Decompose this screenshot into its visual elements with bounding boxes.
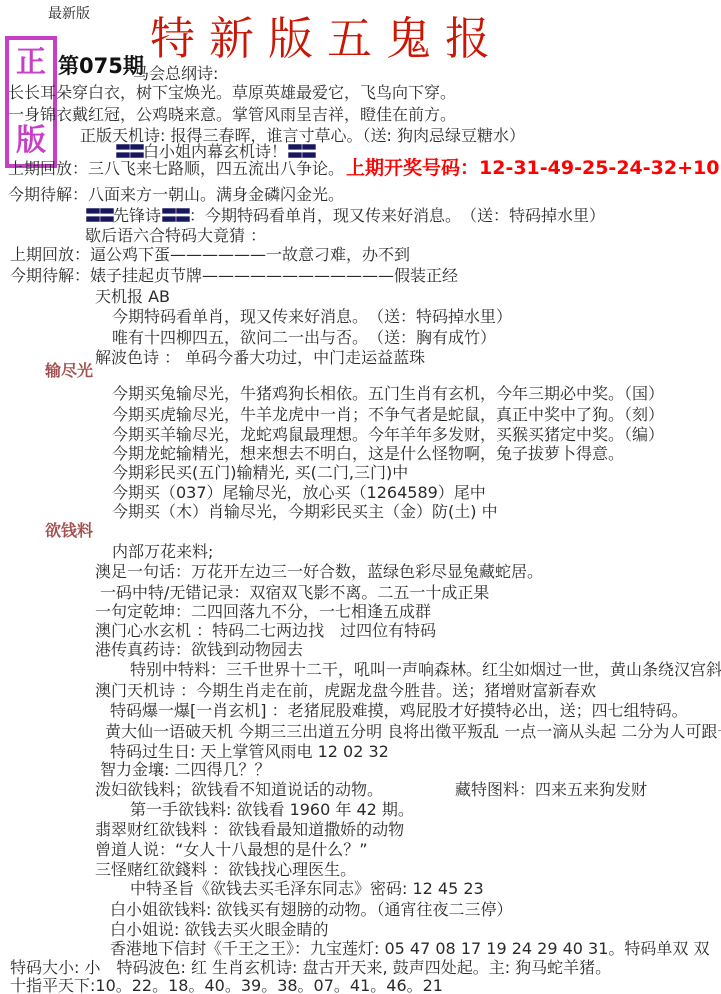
yuqianliao-line: 白小姐说: 欲钱去买火眼金睛的 (110, 920, 328, 940)
section-header-shujinguang: 输尽光 (45, 361, 93, 381)
section-header-yuqianliao: 欲钱料 (45, 521, 93, 541)
pioneer-label: 先锋诗 (113, 206, 161, 225)
winning-numbers: 上期开奖号码：12-31-49-25-24-32+10 (346, 157, 719, 179)
yuqianliao-line: 三怪赌红欲錢料 ：欲钱找心理医生。 (95, 860, 356, 880)
yuqianliao-line: 智力金壤: 二四得几？？ (100, 760, 270, 780)
yuqianliao-line: 曾道人说：“女人十八最想的是什么？” (95, 840, 368, 860)
banner-bar-icon: 〓〓 (161, 206, 189, 225)
riddle-line: 今期特码看单肖，现又传来好消息。 （送：特码掉水里） (112, 307, 512, 327)
yuqianliao-line: 港传真药诗：欲钱到动物园去 (95, 640, 303, 660)
wave-color-poem: 解波色诗 ： 单码今番大功过，中门走运益蓝珠 (95, 348, 425, 368)
last-draw-recap: 上期回放：三八飞来七路顺，四五流出八争论。 (8, 159, 344, 178)
hidden-chart-tip: 藏特图料：四来五来狗发财 (455, 780, 647, 800)
yuqianliao-line: 澳门天机诗 ：今期生肖走在前，虎踞龙盘今胜昔。送；猪增财富新春欢 (95, 681, 596, 701)
yuqianliao-line: 澳门心水玄机 ：特码二七两边找 过四位有特码 (95, 621, 436, 641)
stamp-char-top: 正 (16, 48, 46, 78)
shujinguang-line: 今期龙蛇输精光，想来想去不明白，这是什么怪物啊，兔子拔萝卜得意。 (112, 444, 624, 464)
pioneer-poem-row: 〓〓先锋诗〓〓：今期特码看单肖，现又传来好消息。 （送：特码掉水里） (85, 206, 605, 226)
yuqianliao-line: 特码过生日: 天上掌管风雨电 12 02 32 (110, 742, 389, 762)
riddle-line: 今期待解：婊子挂起贞节牌————————————假装正经 (10, 266, 458, 286)
yuqianliao-line: 特别中特料：三千世界十二干，吼叫一声响森林。红尘如烟过一世，黄山条绕汉宫斜。 (130, 660, 721, 680)
last-draw-row: 上期回放：三八飞来七路顺，四五流出八争论。上期开奖号码：12-31-49-25-… (8, 158, 719, 179)
shujinguang-line: 今期买（木）肖输尽光，今期彩民买主（金）防(土) 中 (112, 502, 498, 522)
poem-line: 今期待解：八面来方一朝山。满身金磷闪金光。 (8, 185, 344, 205)
yuqianliao-line: 内部万花来料; (112, 542, 213, 562)
riddle-line: 唯有十四柳四五，欲问二一出与否。 （送：胸有成竹） (112, 328, 496, 348)
yuqianliao-line: 特码爆一爆[一肖玄机] ：老猪屁股难摸，鸡屁股才好摸特必出，送；四七组特码。 (110, 701, 688, 721)
poem-line: 一身锦衣戴红冠，公鸡晓来意。掌管风雨呈吉祥，瞪佳在前方。 (8, 105, 456, 125)
yuqianliao-line: 白小姐欲钱料: 欲钱买有翅膀的动物。（通宵往夜二三停） (110, 900, 512, 920)
riddle-heading: 歇后语六合特码大竟猜 ： (85, 226, 266, 246)
shujinguang-line: 今期买虎输尽光，牛羊龙虎中一肖；不争气者是蛇鼠，真正中奖中了狗。（刻） (112, 405, 664, 425)
yuqianliao-line: 翡翠财红欲钱料 ：欲钱看最知道撒娇的动物 (95, 820, 404, 840)
yuqianliao-line: 中特圣旨《欲钱去买毛泽东同志》密码: 12 45 23 (130, 879, 484, 899)
page-title: 特新版五鬼报 (150, 2, 504, 67)
yuqianliao-line: 一码中特/无错记录：双宿双飞影不离。二五一十成正果 (100, 583, 489, 603)
envelope-numbers-line: 香港地下信封《千王之王》：九宝莲灯: 05 47 08 17 19 24 29 … (110, 939, 710, 959)
shujinguang-line: 今期买（037）尾输尽光，放心买（1264589）尾中 (112, 483, 486, 503)
stamp-char-bottom: 版 (16, 126, 46, 156)
shujinguang-line: 今期买羊输尽光，龙蛇鸡鼠最理想。今年羊年多发财，买猴买猪定中奖。（编） (112, 425, 664, 445)
shujinguang-line: 今期彩民买(五门)输精光, 买(二门,三门)中 (112, 463, 408, 483)
edition-tag: 最新版 (48, 3, 90, 23)
banner-bar-icon: 〓〓 (85, 206, 113, 225)
yuqianliao-line: 第一手欲钱料: 欲钱看 1960 年 42 期。 (130, 800, 414, 820)
yuqianliao-line: 澳足一句话：万花开左边三一好合数，蓝绿色彩尽显兔藏蛇居。 (95, 562, 543, 582)
pioneer-text: ：今期特码看单肖，现又传来好消息。 （送：特码掉水里） (189, 206, 605, 225)
yuqianliao-line: 一句定乾坤：二四回落九不分，一七相逢五成群 (95, 602, 431, 622)
masthead-poem-label: 马会总纲诗: (133, 61, 218, 84)
shujinguang-line: 今期买兔输尽光，牛猪鸡狗长相依。五门生肖有玄机，今年三期必中奖。（国） (112, 384, 664, 404)
powu-money-tip: 泼妇欲钱料；欲钱看不知道说话的动物。 (95, 780, 383, 800)
issue-number: 第075期 (58, 50, 144, 80)
poem-line: 长长耳朵穿白衣，树下宝焕光。草原英雄最爱它，飞鸟向下穿。 (8, 83, 456, 103)
tianji-report-label: 天机报 AB (95, 287, 170, 307)
summary-line: 特码大小: 小 特码波色: 红 生肖玄机诗: 盘古开天来, 鼓声四处起。主: 狗… (10, 958, 611, 978)
yuqianliao-line: 黄大仙一语破天机 今期三三出道五分明 良将出徵平叛乱 一点一滴从头起 二分为人可… (105, 722, 721, 742)
ten-numbers-line: 十指平天下:10。22。18。40。39。38。07。41。46。21 (10, 976, 443, 994)
riddle-line: 上期回放：逼公鸡下蛋——————一故意刁难，办不到 (10, 245, 410, 265)
